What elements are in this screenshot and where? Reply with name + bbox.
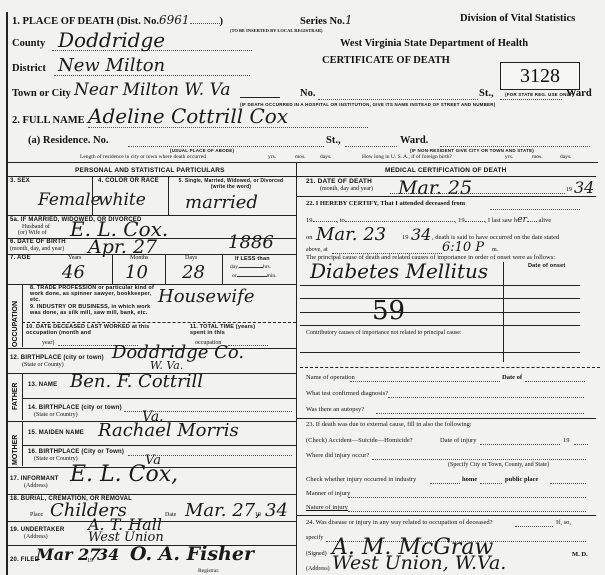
- certify-label: 22. I HEREBY CERTIFY, That I attended de…: [306, 200, 465, 207]
- address-value[interactable]: West Union, W.Va.: [332, 552, 506, 574]
- how-long-usa-label: How long in U. S. A., if of foreign birt…: [362, 154, 452, 160]
- dod-19: 19: [566, 187, 572, 193]
- burial-19: 19: [255, 512, 261, 518]
- occupation-related-label: 24. Was disease or injury in any way rel…: [306, 519, 493, 526]
- check-label: (Check) Accident—Suicide—Homicide?: [306, 437, 413, 444]
- alive-label: alive: [539, 217, 552, 224]
- registrar-value[interactable]: O. A. Fisher: [130, 543, 254, 565]
- mother-name-label: 15. MAIDEN NAME: [28, 430, 84, 436]
- residence-st-label: St.,: [326, 135, 341, 146]
- non-resident-note: (IF NON-RESIDENT GIVE CITY OR TOWN AND S…: [410, 148, 534, 153]
- less-min-line: ormin.: [232, 273, 277, 279]
- to-19: , 19: [455, 217, 465, 224]
- burial-year-value[interactable]: 34: [265, 500, 288, 521]
- test-label: What test confirmed diagnosis?: [306, 390, 388, 397]
- date-of-onset-label: Date of onset: [528, 263, 565, 269]
- dod-label: 21. DATE OF DEATH: [306, 178, 372, 185]
- marital-value[interactable]: married: [185, 192, 258, 213]
- to-label: , to: [337, 217, 345, 224]
- town-ward-label: Ward: [566, 88, 592, 99]
- full-name-label: 2. FULL NAME: [12, 115, 85, 126]
- address-label: (Address): [306, 566, 330, 572]
- dob-label: 6. DATE OF BIRTH: [10, 239, 66, 245]
- public-place-label: public place: [505, 476, 538, 483]
- time-value[interactable]: 6:10 P: [442, 240, 484, 255]
- district-value[interactable]: New Milton: [58, 55, 165, 76]
- district-label: District: [12, 63, 46, 74]
- marital-label: 5. Single, Married, Widowed, or Divorced…: [176, 178, 286, 190]
- department-title: West Virginia State Department of Health: [340, 38, 528, 49]
- state-reg-note: (FOR STATE REG. USE ONLY): [505, 92, 574, 97]
- town-no-label: No.: [300, 88, 315, 99]
- father-bp-label: 14. BIRTHPLACE (city or town): [28, 405, 122, 411]
- to-be-inserted-note: (TO BE INSERTED BY LOCAL REGISTRAR): [230, 28, 323, 33]
- father-side-label: FATHER: [12, 383, 19, 410]
- year-label: year): [42, 340, 54, 346]
- filed-19: 19: [87, 558, 93, 564]
- usa-days: days.: [560, 154, 571, 160]
- contributory-label: Contributory causes of importance not re…: [306, 330, 471, 336]
- if-so-label: If, so,: [556, 519, 571, 526]
- informant-label: 17. INFORMANT: [10, 476, 59, 482]
- manner-label: Manner of injury: [306, 490, 350, 497]
- less-hrs: hrs.: [263, 264, 271, 270]
- series-no: 1: [345, 13, 353, 27]
- town-st-label: St.,: [479, 88, 494, 99]
- series-label: Series No.1: [300, 13, 353, 27]
- filed-year-value[interactable]: 34: [97, 545, 119, 564]
- industry-label: 9. INDUSTRY OR BUSINESS, in which work w…: [30, 304, 155, 316]
- county-label: County: [12, 38, 45, 49]
- age-label: 7. AGE: [10, 255, 31, 261]
- age-years-label: Years: [68, 255, 81, 261]
- color-value[interactable]: white: [98, 190, 146, 210]
- dod-sub-label: (month, day and year): [320, 186, 373, 192]
- medical-section-title: MEDICAL CERTIFICATION OF DEATH: [385, 167, 507, 174]
- color-label: 4. COLOR OR RACE: [98, 178, 159, 184]
- less-day: day,: [230, 264, 239, 270]
- undertaker-label: 19. UNDERTAKER: [10, 527, 64, 533]
- cause-value[interactable]: Diabetes Mellitus: [310, 259, 488, 283]
- mother-side-label: MOTHER: [12, 435, 19, 465]
- undertaker-sub-label: (Address): [24, 534, 48, 540]
- dist-close: ): [220, 16, 224, 27]
- operation-date-label: Date of: [502, 374, 522, 381]
- dod-year-value[interactable]: 34: [574, 178, 594, 197]
- trade-label: 8. TRADE PROFESSION or particular kind o…: [30, 285, 155, 303]
- item1-label: 1. PLACE OF DEATH (Dist. No.: [12, 16, 159, 27]
- age-days-value[interactable]: 28: [182, 262, 205, 283]
- registrar-label: Registrar.: [198, 568, 219, 574]
- wife-of-label: (or) Wife of: [18, 230, 47, 236]
- burial-date-label: Date: [165, 512, 176, 518]
- last-saw-value[interactable]: er: [517, 215, 527, 225]
- age-years-value[interactable]: 46: [62, 262, 85, 283]
- usa-yrs: yrs.: [505, 154, 513, 160]
- check-whether-label: Check whether injury occurred in industr…: [306, 476, 416, 483]
- sex-label: 3. SEX: [10, 178, 30, 184]
- dist-no: 6961: [159, 13, 190, 27]
- length-residence-label: Length of residence in city or town wher…: [80, 154, 206, 160]
- trade-value[interactable]: Housewife: [158, 286, 255, 307]
- autopsy-label: Was there an autopsy?: [306, 406, 364, 413]
- age-months-label: Months: [130, 255, 148, 261]
- occupation-side-label: OCCUPATION: [12, 301, 19, 347]
- nature-label: Nature of injury: [306, 504, 348, 511]
- state-reg-box: 3128: [500, 62, 580, 90]
- external-cause-label: 23. If death was due to external cause, …: [306, 421, 472, 428]
- injury-date-label: Date of injury: [440, 437, 476, 444]
- birthplace-label: 12. BIRTHPLACE (city or town): [10, 355, 104, 361]
- dob-year-value[interactable]: 1886: [228, 232, 274, 253]
- full-name-value[interactable]: Adeline Cottrill Cox: [88, 104, 288, 128]
- where-injury-label: Where did injury occur?: [306, 452, 369, 459]
- personal-section-title: PERSONAL AND STATISTICAL PARTICULARS: [75, 167, 225, 174]
- operation-label: Name of operation: [306, 374, 355, 381]
- m-label: m.: [492, 247, 498, 253]
- length-days: days.: [320, 154, 331, 160]
- sex-value[interactable]: Female: [38, 190, 101, 210]
- specify-place-note: (Specify City or Town, County, and State…: [448, 462, 549, 468]
- place-of-death-label: 1. PLACE OF DEATH (Dist. No.6961): [12, 13, 223, 27]
- left-border: [6, 12, 8, 575]
- length-yrs: yrs.: [268, 154, 276, 160]
- less-than-label: If LESS than: [235, 256, 270, 262]
- less-min: min.: [267, 273, 277, 279]
- town-value[interactable]: Near Milton W. Va: [74, 80, 230, 100]
- less-day-line: day,hrs.: [230, 264, 271, 270]
- injury-19: 19: [563, 437, 570, 444]
- md-label: M. D.: [572, 551, 588, 558]
- above-at-label: above, at: [306, 247, 328, 253]
- cause-code-value[interactable]: 59: [372, 296, 405, 326]
- mother-name-value[interactable]: Rachael Morris: [98, 420, 239, 441]
- on-label: on: [306, 234, 313, 241]
- informant-value[interactable]: E. L. Cox,: [70, 462, 178, 487]
- residence-label: (a) Residence. No.: [28, 135, 108, 146]
- mother-bp-label: 16. BIRTHPLACE (City or Town): [28, 449, 124, 455]
- certify-text: 22. I HEREBY CERTIFY, That I attended de…: [306, 200, 465, 207]
- usual-abode-note: (USUAL PLACE OF ABODE): [170, 148, 234, 153]
- father-name-value[interactable]: Ben. F. Cottrill: [70, 371, 203, 392]
- burial-place-label: Place: [30, 512, 43, 518]
- usa-mos: mos.: [532, 154, 543, 160]
- certificate-title: CERTIFICATE OF DEATH: [322, 55, 450, 66]
- division-title: Division of Vital Statistics: [460, 13, 575, 24]
- filed-label: 20. FILED: [10, 557, 39, 563]
- signed-label: (Signed): [306, 551, 327, 557]
- burial-date-value[interactable]: Mar. 27,: [185, 500, 261, 521]
- state-reg-number: 3128: [501, 63, 579, 89]
- total-time-label: 11. TOTAL TIME (years) spent in this: [190, 324, 270, 336]
- father-bp-sub-label: (State or Country): [34, 412, 78, 418]
- town-label: Town or City: [12, 88, 71, 99]
- length-mos: mos.: [295, 154, 306, 160]
- age-months-value[interactable]: 10: [125, 262, 148, 283]
- home-label: home: [462, 476, 477, 483]
- series-text: Series No.: [300, 16, 345, 27]
- dob-sub-label: (month, day, and year): [10, 246, 64, 252]
- last-worked-label: 10. DATE DECEASED LAST WORKED at this oc…: [26, 324, 156, 336]
- specify-label: specify: [306, 535, 323, 541]
- residence-ward-label: Ward.: [400, 135, 428, 146]
- age-days-label: Days: [185, 255, 197, 261]
- last-saw-label: , I last saw h: [485, 217, 518, 224]
- birthplace-sub-label: (State or County): [22, 362, 64, 368]
- informant-sub-label: (Address): [24, 483, 48, 489]
- county-value[interactable]: Doddridge: [58, 28, 165, 52]
- father-name-label: 13. NAME: [28, 382, 57, 388]
- last-seen-year-value[interactable]: 34: [411, 225, 431, 244]
- last-seen-19: 19: [402, 234, 409, 241]
- last-seen-date-value[interactable]: Mar. 23: [316, 224, 386, 245]
